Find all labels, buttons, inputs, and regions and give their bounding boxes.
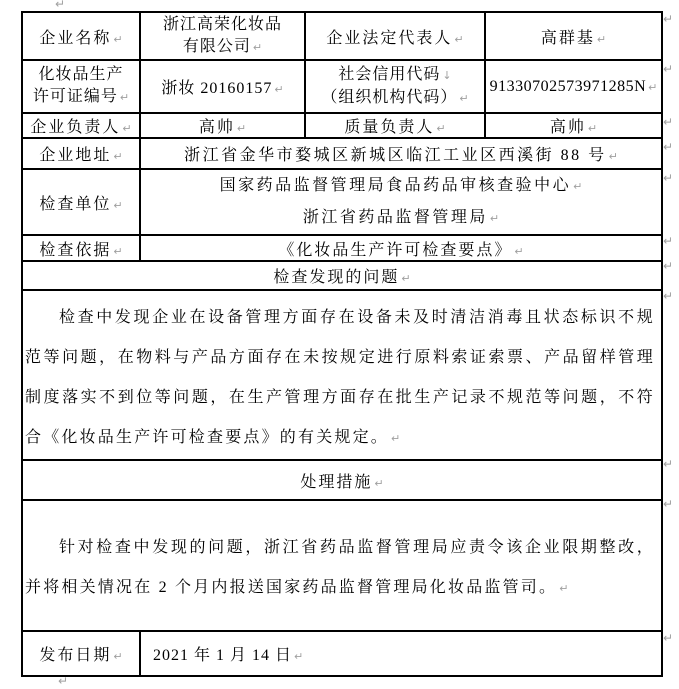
- row-measures-text: 针对检查中发现的问题，浙江省药品监督管理局应责令该企业限期整改，并将相关情况在 …: [22, 500, 662, 631]
- return-mark-icon: ↵: [597, 33, 606, 46]
- company-name-value-line2: 有限公司↵: [144, 36, 301, 59]
- company-name-value-cell: 浙江高荣化妆品 有限公司↵: [140, 12, 305, 60]
- publish-date-label: 发布日期: [39, 647, 111, 664]
- license-value: 浙妆 20160157: [161, 80, 272, 97]
- row-end-mark-icon: ↵: [663, 115, 673, 129]
- row-end-mark-icon: ↵: [663, 457, 673, 471]
- inspection-unit-line2: 浙江省药品监督管理局↵: [144, 202, 658, 234]
- return-mark-icon: ↵: [122, 122, 131, 135]
- problems-text-cell: 检查中发现企业在设备管理方面存在设备未及时清洁消毒且状态标识不规范等问题，在物料…: [22, 290, 662, 460]
- return-mark-icon: ↵: [113, 150, 122, 163]
- row-end-mark-icon: ↵: [663, 12, 673, 26]
- row-problems-text: 检查中发现企业在设备管理方面存在设备未及时清洁消毒且状态标识不规范等问题，在物料…: [22, 290, 662, 460]
- legal-rep-label: 企业法定代表人: [326, 30, 452, 47]
- inspection-basis-label: 检查依据: [39, 242, 111, 259]
- return-mark-icon: ↵: [237, 122, 246, 135]
- company-head-value-cell: 高帅↵: [140, 113, 305, 138]
- measures-paragraph: 针对检查中发现的问题，浙江省药品监督管理局应责令该企业限期整改，并将相关情况在 …: [25, 501, 655, 609]
- credit-code-label-cell: 社会信用代码↓ （组织机构代码）↵: [305, 60, 485, 113]
- row-license-credit: 化妆品生产 许可证编号↵ 浙妆 20160157↵ 社会信用代码↓ （组织机构代…: [22, 60, 662, 113]
- row-end-mark-icon: ↵: [663, 234, 673, 248]
- problems-header: 检查发现的问题: [273, 269, 399, 286]
- quality-head-value: 高帅: [550, 119, 586, 136]
- row-inspection-basis: 检查依据↵ 《化妆品生产许可检查要点》↵: [22, 235, 662, 261]
- company-head-label-cell: 企业负责人↵: [22, 113, 140, 138]
- line-break-mark-icon: ↓: [442, 65, 451, 87]
- return-mark-icon: ↵: [274, 83, 283, 96]
- inspection-unit-label-cell: 检查单位↵: [22, 169, 140, 235]
- publish-date-value: 2021 年 1 月 14 日: [153, 647, 292, 664]
- legal-rep-value-cell: 高群基↵: [485, 12, 662, 60]
- row-address: 企业地址↵ 浙江省金华市婺城区新城区临江工业区西溪街 88 号↵: [22, 138, 662, 169]
- inspection-basis-label-cell: 检查依据↵: [22, 235, 140, 261]
- quality-head-label-cell: 质量负责人↵: [305, 113, 485, 138]
- inspection-basis-value: 《化妆品生产许可检查要点》: [278, 242, 512, 259]
- inspection-unit-label: 检查单位: [39, 196, 111, 213]
- measures-header-cell: 处理措施↵: [22, 460, 662, 500]
- license-label-cell: 化妆品生产 许可证编号↵: [22, 60, 140, 113]
- return-mark-icon: ↵: [436, 122, 445, 135]
- return-mark-icon: ↵: [374, 477, 383, 490]
- measures-text-cell: 针对检查中发现的问题，浙江省药品监督管理局应责令该企业限期整改，并将相关情况在 …: [22, 500, 662, 631]
- return-mark-icon: ↵: [294, 650, 303, 663]
- address-value: 浙江省金华市婺城区新城区临江工业区西溪街 88 号: [184, 147, 607, 164]
- quality-head-label: 质量负责人: [344, 119, 434, 136]
- inspection-unit-value-cell: 国家药品监督管理局食品药品审核查验中心↵ 浙江省药品监督管理局↵: [140, 169, 662, 235]
- credit-code-value: 91330702573971285N: [490, 78, 647, 95]
- row-end-mark-icon: ↵: [663, 171, 673, 185]
- return-mark-icon: ↵: [459, 88, 468, 110]
- company-name-value-line1: 浙江高荣化妆品: [144, 14, 301, 36]
- row-inspection-unit: 检查单位↵ 国家药品监督管理局食品药品审核查验中心↵ 浙江省药品监督管理局↵: [22, 169, 662, 235]
- return-mark-icon: ↵: [253, 37, 262, 59]
- return-mark-icon: ↵: [120, 87, 129, 109]
- row-end-mark-icon: ↵: [663, 631, 673, 645]
- return-mark-icon: ↵: [113, 650, 122, 663]
- row-end-mark-icon: ↵: [663, 140, 673, 154]
- return-mark-icon: ↵: [490, 203, 499, 234]
- legal-rep-value: 高群基: [541, 30, 595, 47]
- problems-header-cell: 检查发现的问题↵: [22, 261, 662, 290]
- credit-code-label-line1: 社会信用代码↓: [309, 64, 481, 87]
- credit-code-value-cell: 91330702573971285N↵: [485, 60, 662, 113]
- row-problems-header: 检查发现的问题↵: [22, 261, 662, 290]
- row-company-name: 企业名称↵ 浙江高荣化妆品 有限公司↵ 企业法定代表人↵ 高群基↵: [22, 12, 662, 60]
- license-label-line2: 许可证编号↵: [26, 86, 136, 109]
- credit-code-label-line2: （组织机构代码）↵: [309, 87, 481, 110]
- return-mark-icon: ↵: [391, 419, 400, 459]
- inspection-unit-line1: 国家药品监督管理局食品药品审核查验中心↵: [144, 170, 658, 202]
- company-name-label-cell: 企业名称↵: [22, 12, 140, 60]
- publish-date-label-cell: 发布日期↵: [22, 631, 140, 676]
- return-mark-icon: ↵: [648, 81, 657, 94]
- return-mark-icon: ↵: [609, 150, 618, 163]
- row-end-mark-icon: ↵: [663, 62, 673, 76]
- inspection-report-table: 企业名称↵ 浙江高荣化妆品 有限公司↵ 企业法定代表人↵ 高群基↵ 化妆品生产 …: [21, 11, 663, 677]
- measures-header: 处理措施: [300, 474, 372, 491]
- return-mark-icon: ↵: [113, 245, 122, 258]
- address-label-cell: 企业地址↵: [22, 138, 140, 169]
- return-mark-icon: ↵: [113, 199, 122, 212]
- publish-date-value-cell: 2021 年 1 月 14 日↵: [140, 631, 662, 676]
- paragraph-mark-icon: ↵: [58, 674, 68, 688]
- return-mark-icon: ↵: [514, 245, 523, 258]
- paragraph-mark-icon: ↵: [55, 0, 65, 11]
- quality-head-value-cell: 高帅↵: [485, 113, 662, 138]
- return-mark-icon: ↵: [573, 171, 582, 202]
- return-mark-icon: ↵: [113, 33, 122, 46]
- row-publish-date: 发布日期↵ 2021 年 1 月 14 日↵: [22, 631, 662, 676]
- row-measures-header: 处理措施↵: [22, 460, 662, 500]
- row-end-mark-icon: ↵: [663, 497, 673, 511]
- return-mark-icon: ↵: [588, 122, 597, 135]
- document-page: { "marks": { "return_mark": "↵", "line_b…: [0, 0, 679, 689]
- row-responsible-persons: 企业负责人↵ 高帅↵ 质量负责人↵ 高帅↵: [22, 113, 662, 138]
- address-value-cell: 浙江省金华市婺城区新城区临江工业区西溪街 88 号↵: [140, 138, 662, 169]
- return-mark-icon: ↵: [401, 272, 410, 285]
- problems-paragraph: 检查中发现企业在设备管理方面存在设备未及时清洁消毒且状态标识不规范等问题，在物料…: [25, 291, 655, 459]
- company-head-label: 企业负责人: [30, 119, 120, 136]
- row-end-mark-icon: ↵: [663, 259, 673, 273]
- return-mark-icon: ↵: [559, 569, 568, 609]
- license-label-line1: 化妆品生产: [26, 64, 136, 86]
- return-mark-icon: ↵: [454, 33, 463, 46]
- license-value-cell: 浙妆 20160157↵: [140, 60, 305, 113]
- inspection-basis-value-cell: 《化妆品生产许可检查要点》↵: [140, 235, 662, 261]
- company-name-label: 企业名称: [39, 30, 111, 47]
- company-head-value: 高帅: [199, 119, 235, 136]
- legal-rep-label-cell: 企业法定代表人↵: [305, 12, 485, 60]
- row-end-mark-icon: ↵: [663, 289, 673, 303]
- address-label: 企业地址: [39, 147, 111, 164]
